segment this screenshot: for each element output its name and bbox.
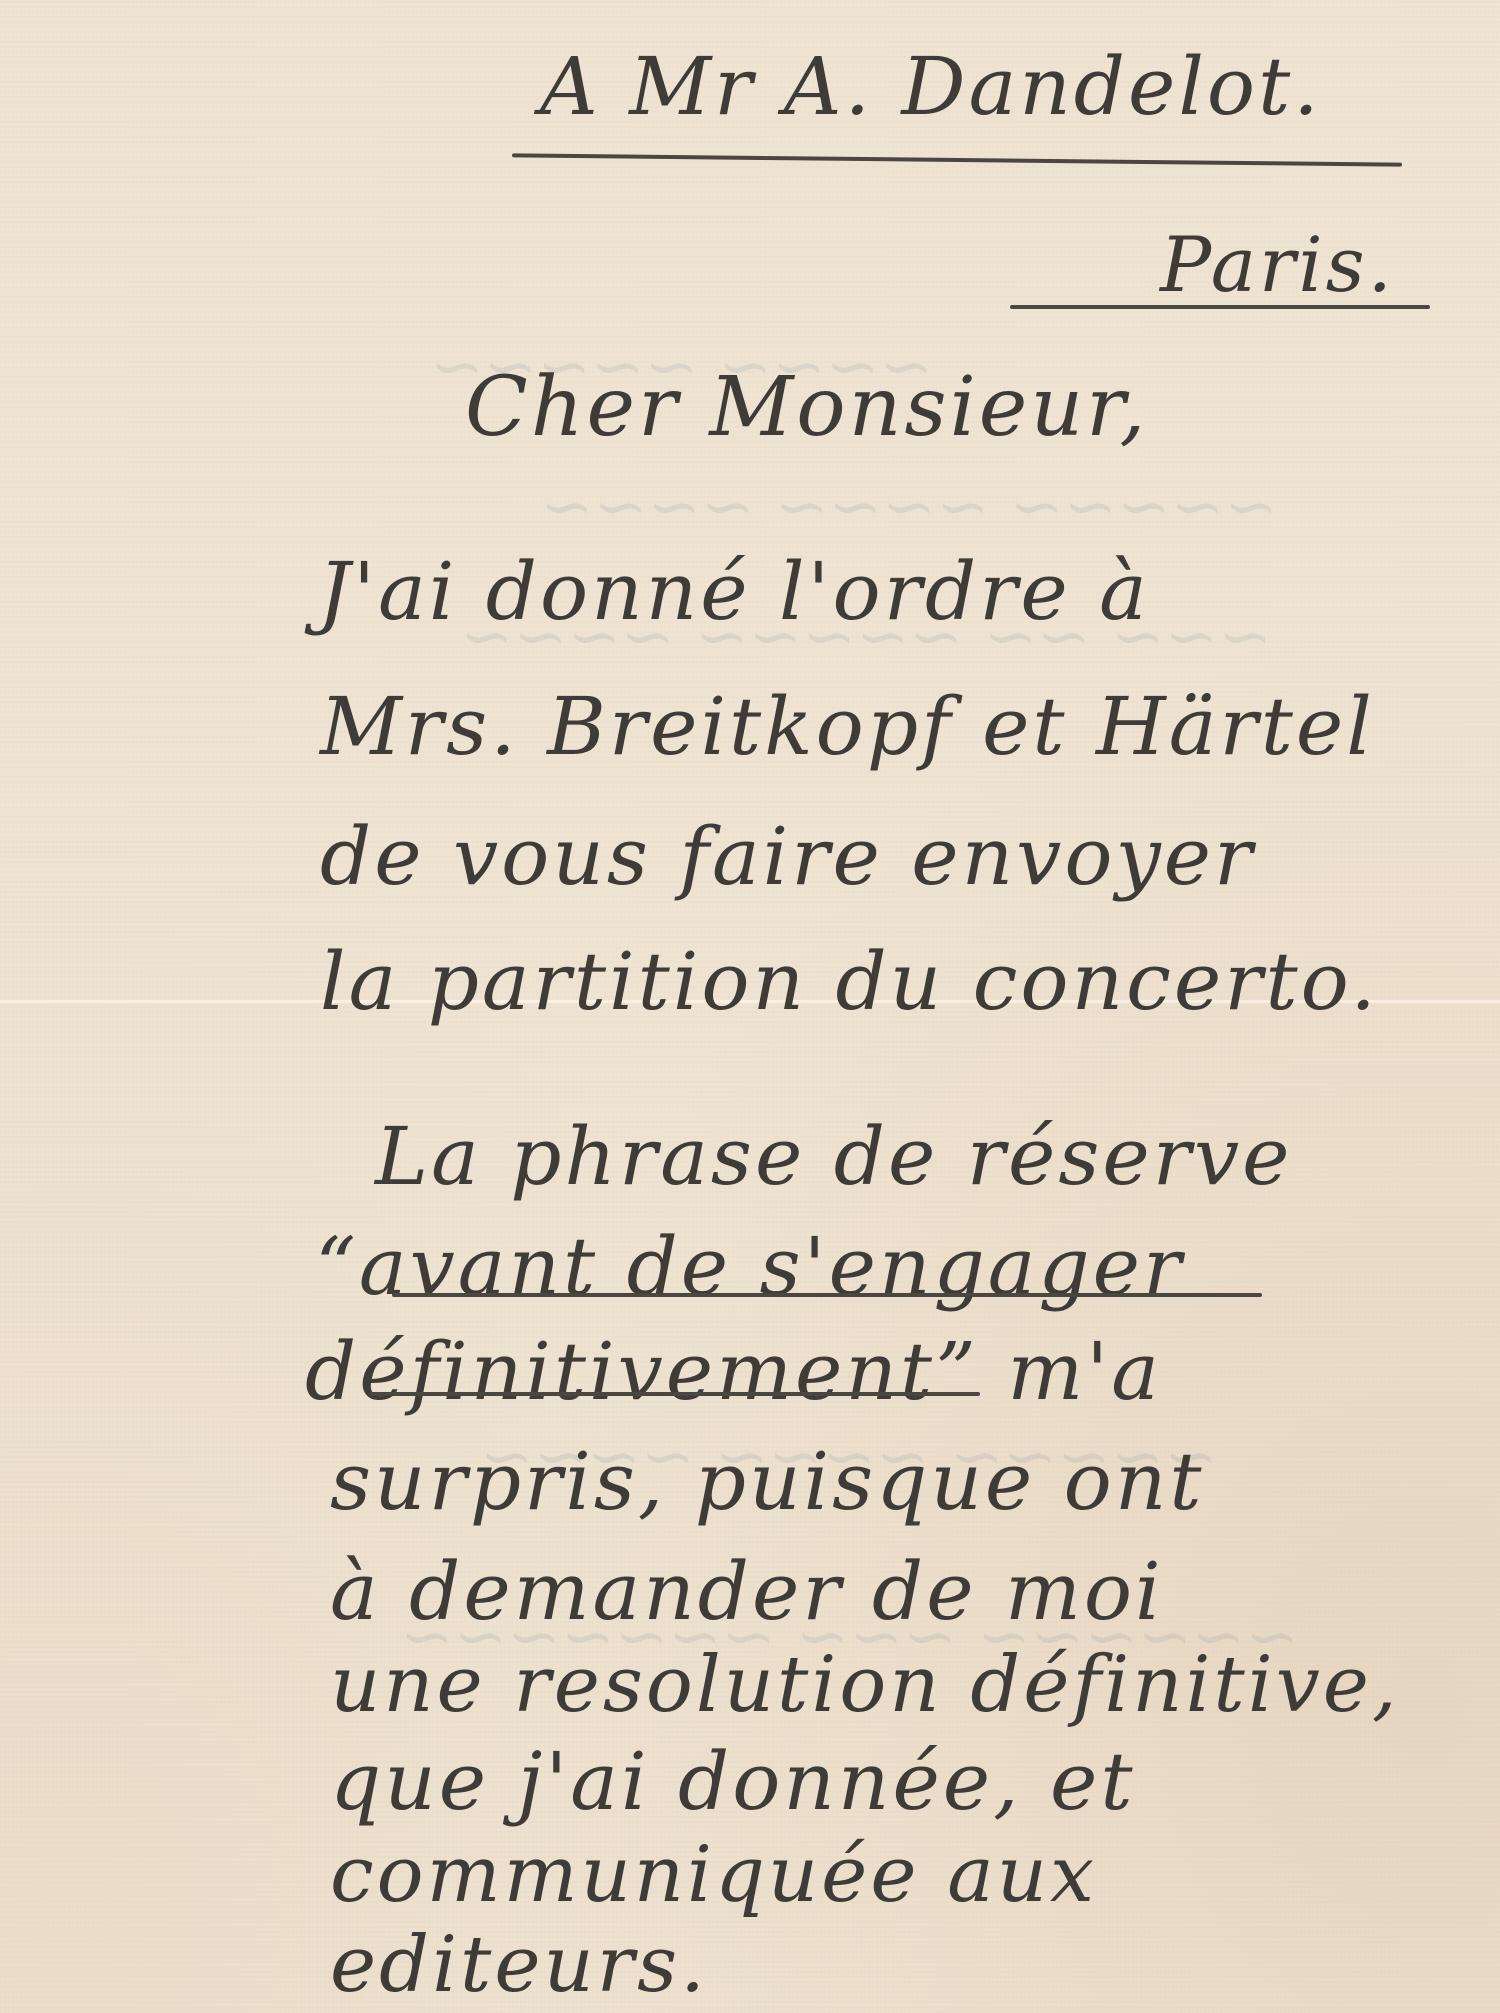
letter-line: editeurs. bbox=[330, 1920, 708, 2010]
letter-line: La phrase de réserve bbox=[375, 1110, 1293, 1203]
letter-line: de vous faire envoyer bbox=[320, 810, 1255, 903]
phrase-underline bbox=[370, 1392, 980, 1396]
letter-line: que j'ai donnée, et bbox=[330, 1735, 1135, 1828]
address-city: Paris. bbox=[1160, 220, 1395, 309]
letter-line: communiquée aux bbox=[330, 1830, 1097, 1920]
phrase-underline bbox=[392, 1293, 1262, 1297]
letter-line: “avant de s'engager bbox=[315, 1220, 1184, 1313]
letter-line: à demander de moi bbox=[330, 1545, 1164, 1638]
salutation: Cher Monsieur, bbox=[465, 360, 1148, 455]
letter-line: J'ai donné l'ordre à bbox=[318, 545, 1150, 638]
letter-line: une resolution définitive, bbox=[330, 1640, 1400, 1730]
letter-line: la partition du concerto. bbox=[320, 935, 1379, 1028]
letter-line: surpris, puisque ont bbox=[330, 1435, 1205, 1528]
city-underline bbox=[1010, 305, 1430, 309]
bleed-through-text: ~~~~~ ~~~~ ~~~~ bbox=[540, 470, 1278, 544]
letter-line: définitivement” m'a bbox=[305, 1325, 1162, 1418]
letter-line: Mrs. Breitkopf et Härtel bbox=[320, 680, 1375, 773]
recipient-address: A Mr A. Dandelot. bbox=[540, 40, 1322, 133]
